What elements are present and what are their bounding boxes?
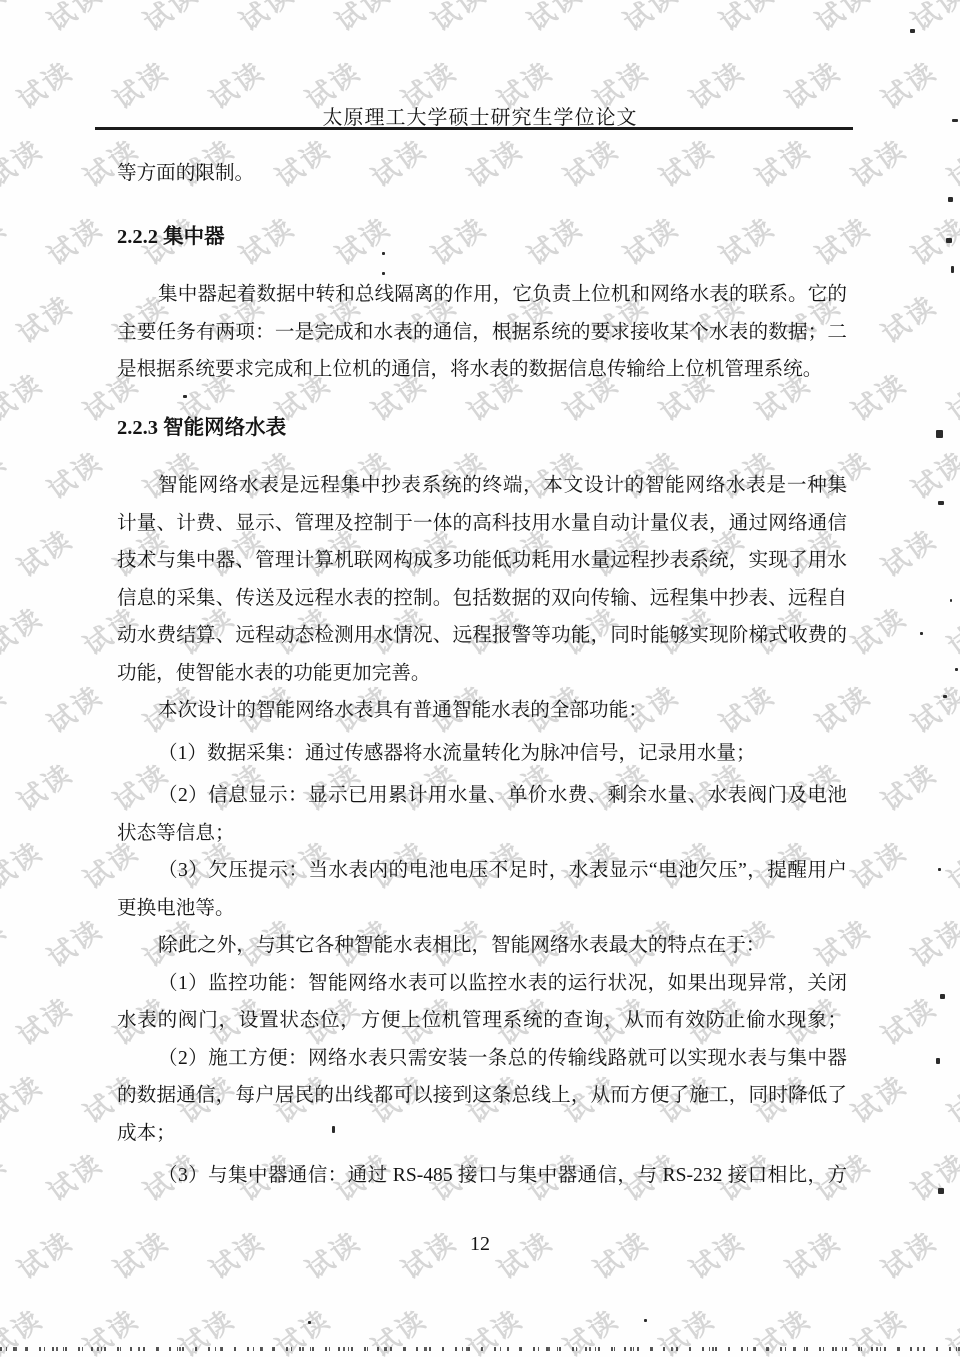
header-rule: [95, 127, 853, 130]
watermark-text: 试读: [326, 0, 397, 39]
scan-speck: [955, 668, 958, 671]
watermark-text: 试读: [134, 0, 205, 39]
scan-speck: [644, 1319, 647, 1322]
watermark-text: 试读: [38, 206, 109, 273]
watermark-text: 试读: [902, 908, 960, 975]
scan-speck: [952, 119, 958, 122]
watermark-text: 试读: [0, 674, 14, 741]
watermark-text: 试读: [902, 1142, 960, 1209]
body-line: （2）信息显示：显示已用累计用水量、单价水费、剩余水量、水表阀门及电池: [117, 777, 847, 815]
watermark-text: 试读: [8, 986, 79, 1053]
watermark-text: 试读: [0, 596, 50, 663]
watermark-text: 试读: [518, 0, 589, 39]
section-heading: 2.2.2 集中器: [117, 219, 847, 257]
watermark-text: 试读: [938, 128, 960, 195]
watermark-text: 试读: [710, 0, 781, 39]
scan-speck: [920, 632, 923, 635]
body-line: （2）施工方便：网络水表只需安装一条总的传输线路就可以实现水表与集中器: [117, 1040, 847, 1078]
scan-speck: [936, 1058, 940, 1064]
watermark-text: 试读: [38, 674, 109, 741]
scan-speck: [940, 994, 945, 999]
watermark-text: 试读: [938, 362, 960, 429]
body-line: 信息的采集、传送及远程水表的控制。包括数据的双向传输、远程集中抄表、远程自: [117, 580, 847, 618]
watermark-text: 试读: [38, 0, 109, 39]
watermark-text: 试读: [872, 518, 943, 585]
scan-speck: [332, 1126, 335, 1133]
scan-speck: [183, 395, 187, 398]
document-body: 等方面的限制。2.2.2 集中器集中器起着数据中转和总线隔离的作用，它负责上位机…: [117, 155, 847, 1195]
scan-speck: [948, 197, 953, 202]
watermark-text: 试读: [0, 1142, 14, 1209]
watermark-text: 试读: [872, 752, 943, 819]
scan-speck: [950, 599, 952, 602]
watermark-text: 试读: [842, 1064, 913, 1131]
watermark-text: 试读: [230, 0, 301, 39]
watermark-text: 试读: [806, 0, 877, 39]
body-line: 主要任务有两项：一是完成和水表的通信，根据系统的要求接收某个水表的数据；二: [117, 314, 847, 352]
scan-speck: [938, 868, 941, 871]
body-line: 技术与集中器、管理计算机联网构成多功能低功耗用水量远程抄表系统，实现了用水: [117, 542, 847, 580]
section-heading: 2.2.3 智能网络水表: [117, 410, 847, 448]
scan-speck: [938, 1188, 944, 1194]
watermark-text: 试读: [872, 986, 943, 1053]
body-line: 水表的阀门，设置状态位，方便上位机管理系统的查询，从而有效防止偷水现象；: [117, 1002, 847, 1040]
scan-speck: [382, 252, 385, 255]
watermark-text: 试读: [0, 206, 14, 273]
scan-speck: [382, 272, 385, 275]
watermark-text: 试读: [902, 674, 960, 741]
body-line: 的数据通信，每户居民的出线都可以接到这条总线上，从而方便了施工，同时降低了: [117, 1077, 847, 1115]
watermark-text: 试读: [38, 440, 109, 507]
watermark-text: 试读: [614, 0, 685, 39]
body-line: 是根据系统要求完成和上位机的通信，将水表的数据信息传输给上位机管理系统。: [117, 351, 847, 389]
watermark-text: 试读: [842, 362, 913, 429]
watermark-text: 试读: [0, 362, 50, 429]
body-line: 本次设计的智能网络水表具有普通智能水表的全部功能：: [117, 692, 847, 730]
watermark-text: 试读: [842, 830, 913, 897]
watermark-text: 试读: [0, 440, 14, 507]
body-line: 计量、计费、显示、管理及控制于一体的高科技用水量自动计量仪表，通过网络通信: [117, 505, 847, 543]
body-line: （1）监控功能：智能网络水表可以监控水表的运行状况，如果出现异常，关闭: [117, 965, 847, 1003]
running-header: 太原理工大学硕士研究生学位论文: [0, 101, 960, 130]
body-line: 状态等信息；: [117, 815, 847, 853]
body-line: 集中器起着数据中转和总线隔离的作用，它负责上位机和网络水表的联系。它的: [117, 276, 847, 314]
scan-noise-line: [0, 1347, 960, 1351]
watermark-text: 试读: [0, 1064, 50, 1131]
watermark-text: 试读: [0, 0, 14, 39]
watermark-text: 试读: [0, 128, 50, 195]
body-line: 功能，使智能水表的功能更加完善。: [117, 655, 847, 693]
scan-speck: [951, 266, 954, 273]
watermark-text: 试读: [0, 908, 14, 975]
thesis-page: 试读试读试读试读试读试读试读试读试读试读试读试读试读试读试读试读试读试读试读试读…: [0, 0, 960, 1357]
watermark-text: 试读: [38, 1142, 109, 1209]
watermark-text: 试读: [38, 908, 109, 975]
watermark-text: 试读: [422, 0, 493, 39]
body-line: 等方面的限制。: [117, 155, 847, 193]
body-line: 智能网络水表是远程集中抄表系统的终端，本文设计的智能网络水表是一种集: [117, 467, 847, 505]
body-line: 除此之外，与其它各种智能水表相比，智能网络水表最大的特点在于：: [117, 927, 847, 965]
scan-speck: [946, 238, 952, 243]
body-line: 动水费结算、远程动态检测用水情况、远程报警等功能，同时能够实现阶梯式收费的: [117, 617, 847, 655]
watermark-text: 试读: [842, 596, 913, 663]
body-line: 成本；: [117, 1115, 847, 1153]
watermark-text: 试读: [8, 752, 79, 819]
watermark-text: 试读: [938, 596, 960, 663]
scan-speck: [308, 1321, 311, 1324]
scan-speck: [938, 501, 944, 505]
watermark-text: 试读: [872, 284, 943, 351]
watermark-text: 试读: [938, 830, 960, 897]
watermark-text: 试读: [0, 830, 50, 897]
watermark-text: 试读: [902, 0, 960, 39]
watermark-text: 试读: [8, 284, 79, 351]
scan-speck: [943, 695, 947, 698]
scan-speck: [936, 430, 943, 438]
scan-speck: [910, 29, 915, 33]
watermark-text: 试读: [8, 518, 79, 585]
body-line: 更换电池等。: [117, 890, 847, 928]
watermark-text: 试读: [902, 440, 960, 507]
body-line: （1）数据采集：通过传感器将水流量转化为脉冲信号，记录用水量；: [117, 735, 847, 773]
watermark-text: 试读: [842, 128, 913, 195]
page-number: 12: [0, 1233, 960, 1256]
body-line: （3）欠压提示：当水表内的电池电压不足时，水表显示“电池欠压”，提醒用户: [117, 852, 847, 890]
body-line: （3）与集中器通信：通过 RS-485 接口与集中器通信，与 RS-232 接口…: [117, 1157, 847, 1195]
watermark-text: 试读: [938, 1064, 960, 1131]
